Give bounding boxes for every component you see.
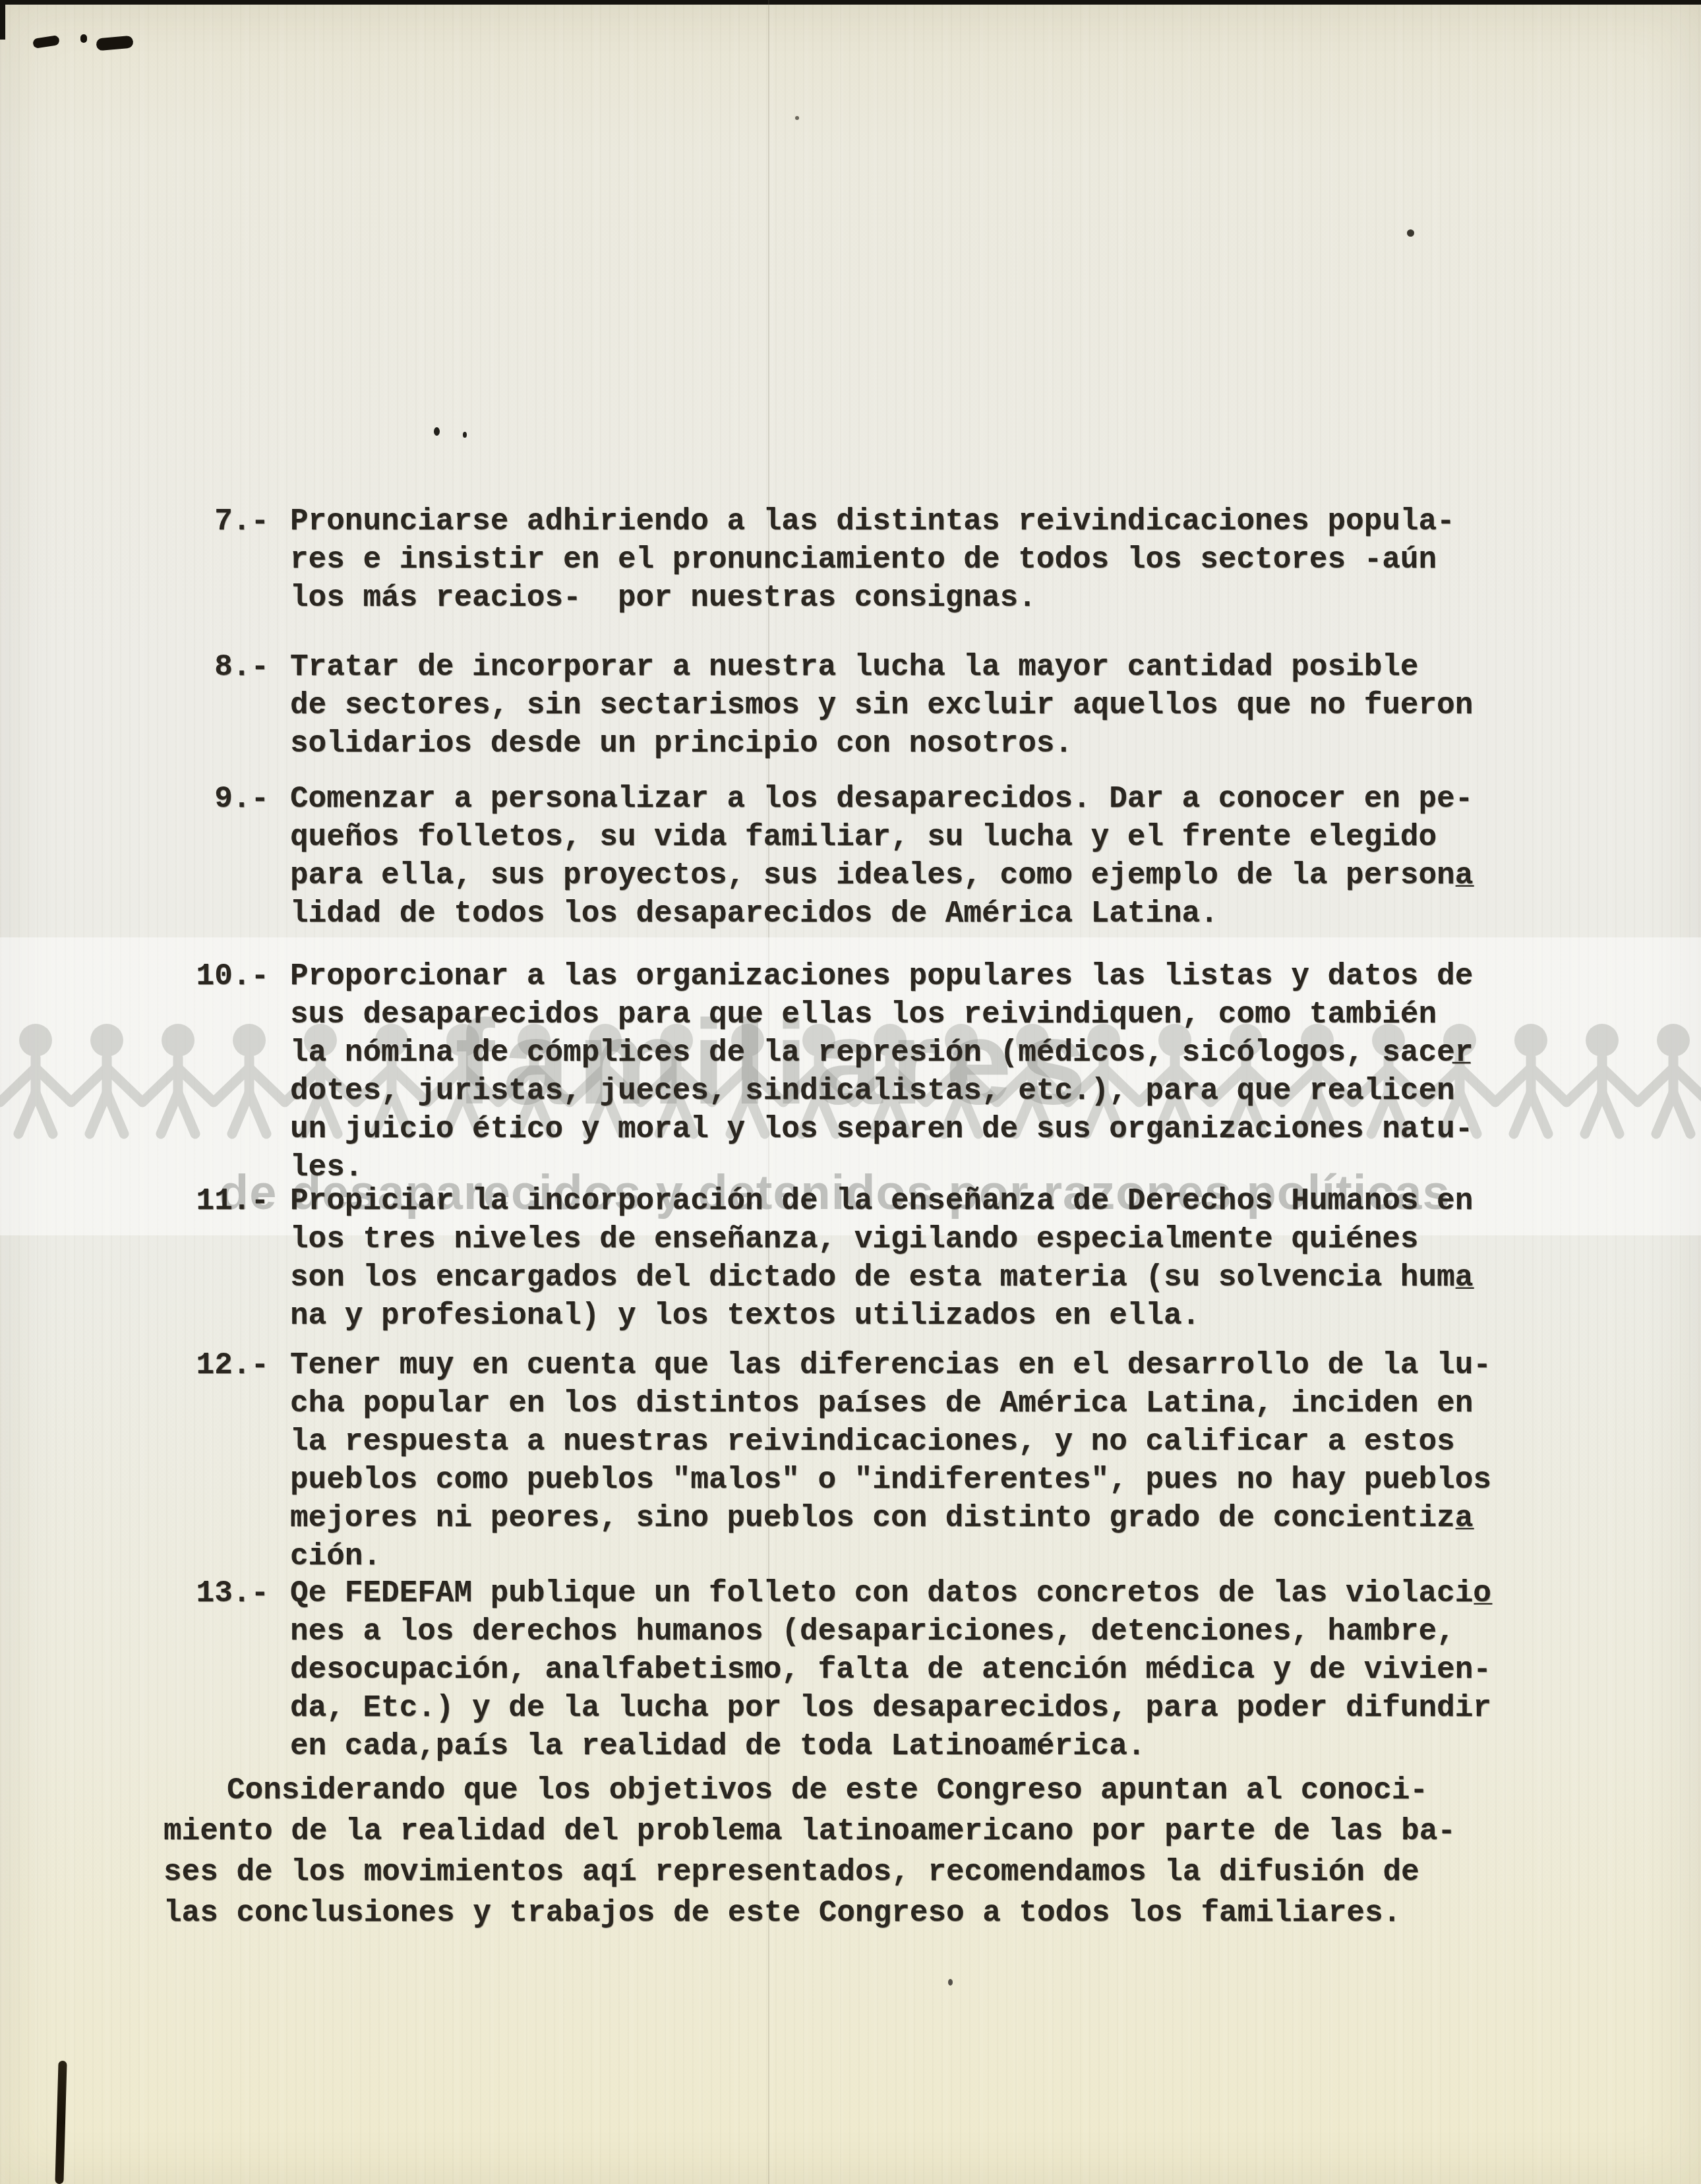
item-text: Propiciar la incorporación de la enseñan… (290, 1182, 1473, 1335)
item-line: nes a los derechos humanos (desaparicion… (290, 1612, 1491, 1651)
item-line: desocupación, analfabetismo, falta de at… (290, 1651, 1491, 1689)
item-line: los tres niveles de enseñanza, vigilando… (290, 1220, 1473, 1258)
item-line: Tratar de incorporar a nuestra lucha la … (290, 648, 1473, 686)
item-text: Tener muy en cuenta que las diferencias … (290, 1346, 1491, 1576)
item-number: 9.- (165, 780, 269, 818)
ink-speck (434, 427, 440, 436)
item-number: 8.- (165, 648, 269, 686)
paragraph-line: miento de la realidad del problema latin… (164, 1811, 1456, 1852)
scan-edge-left (0, 0, 5, 40)
ink-smudge (32, 35, 60, 49)
item-line: da, Etc.) y de la lucha por los desapare… (290, 1689, 1491, 1727)
ink-streak (55, 2061, 67, 2184)
item-line: solidarios desde un principio con nosotr… (290, 724, 1473, 763)
ink-speck (948, 1979, 953, 1986)
item-line: res e insistir en el pronunciamiento de … (290, 541, 1455, 579)
item-text: Proporcionar a las organizaciones popula… (290, 957, 1473, 1187)
item-line: la respuesta a nuestras reivindicaciones… (290, 1423, 1491, 1461)
item-line: dotes, juristas, jueces, sindicalistas, … (290, 1072, 1473, 1110)
closing-paragraph: Considerando que los objetivos de este C… (164, 1770, 1456, 1933)
item-line: un juicio ético y moral y los separen de… (290, 1110, 1473, 1148)
scan-edge-top (0, 0, 1701, 5)
item-number: 13.- (165, 1574, 269, 1612)
item-line: ción. (290, 1537, 1491, 1576)
item-line: na y profesional) y los textos utilizado… (290, 1297, 1473, 1335)
item-number: 12.- (165, 1346, 269, 1384)
paragraph-line: Considerando que los objetivos de este C… (164, 1770, 1456, 1811)
item-line: Tener muy en cuenta que las diferencias … (290, 1346, 1491, 1384)
item-line: la nómina de cómplices de la represión (… (290, 1034, 1473, 1072)
item-number: 10.- (165, 957, 269, 995)
ink-speck (1407, 229, 1414, 237)
item-line: Qe FEDEFAM publique un folleto con datos… (290, 1574, 1491, 1612)
item-line: lidad de todos los desaparecidos de Amér… (290, 895, 1473, 933)
item-line: cha popular en los distintos países de A… (290, 1384, 1491, 1423)
item-text: Tratar de incorporar a nuestra lucha la … (290, 648, 1473, 763)
item-text: Comenzar a personalizar a los desapareci… (290, 780, 1473, 933)
item-number: 11.- (165, 1182, 269, 1220)
item-line: pueblos como pueblos "malos" o "indifere… (290, 1461, 1491, 1499)
item-line: en cada,país la realidad de toda Latinoa… (290, 1727, 1491, 1765)
item-line: Pronunciarse adhiriendo a las distintas … (290, 502, 1455, 541)
ink-smudge (96, 36, 133, 51)
paragraph-line: las conclusiones y trabajos de este Cong… (164, 1893, 1456, 1933)
item-number: 7.- (165, 502, 269, 541)
ink-speck (463, 432, 467, 438)
item-line: Comenzar a personalizar a los desapareci… (290, 780, 1473, 818)
item-line: de sectores, sin sectarismos y sin exclu… (290, 686, 1473, 724)
item-line: queños folletos, su vida familiar, su lu… (290, 818, 1473, 856)
item-line: sus desaparecidos para que ellas los rei… (290, 995, 1473, 1034)
item-line: Proporcionar a las organizaciones popula… (290, 957, 1473, 995)
item-line: mejores ni peores, sino pueblos con dist… (290, 1499, 1491, 1537)
item-text: Pronunciarse adhiriendo a las distintas … (290, 502, 1455, 617)
item-line: Propiciar la incorporación de la enseñan… (290, 1182, 1473, 1220)
item-line: para ella, sus proyectos, sus ideales, c… (290, 856, 1473, 895)
item-line: son los encargados del dictado de esta m… (290, 1258, 1473, 1297)
item-line: les. (290, 1148, 1473, 1187)
ink-smudge (80, 34, 87, 43)
paragraph-line: ses de los movimientos aqí representados… (164, 1852, 1456, 1893)
item-text: Qe FEDEFAM publique un folleto con datos… (290, 1574, 1491, 1765)
ink-speck (795, 116, 799, 120)
item-line: los más reacios- por nuestras consignas. (290, 579, 1455, 617)
scanned-document-page: familiares de desaparecidos y detenidos … (0, 0, 1701, 2184)
